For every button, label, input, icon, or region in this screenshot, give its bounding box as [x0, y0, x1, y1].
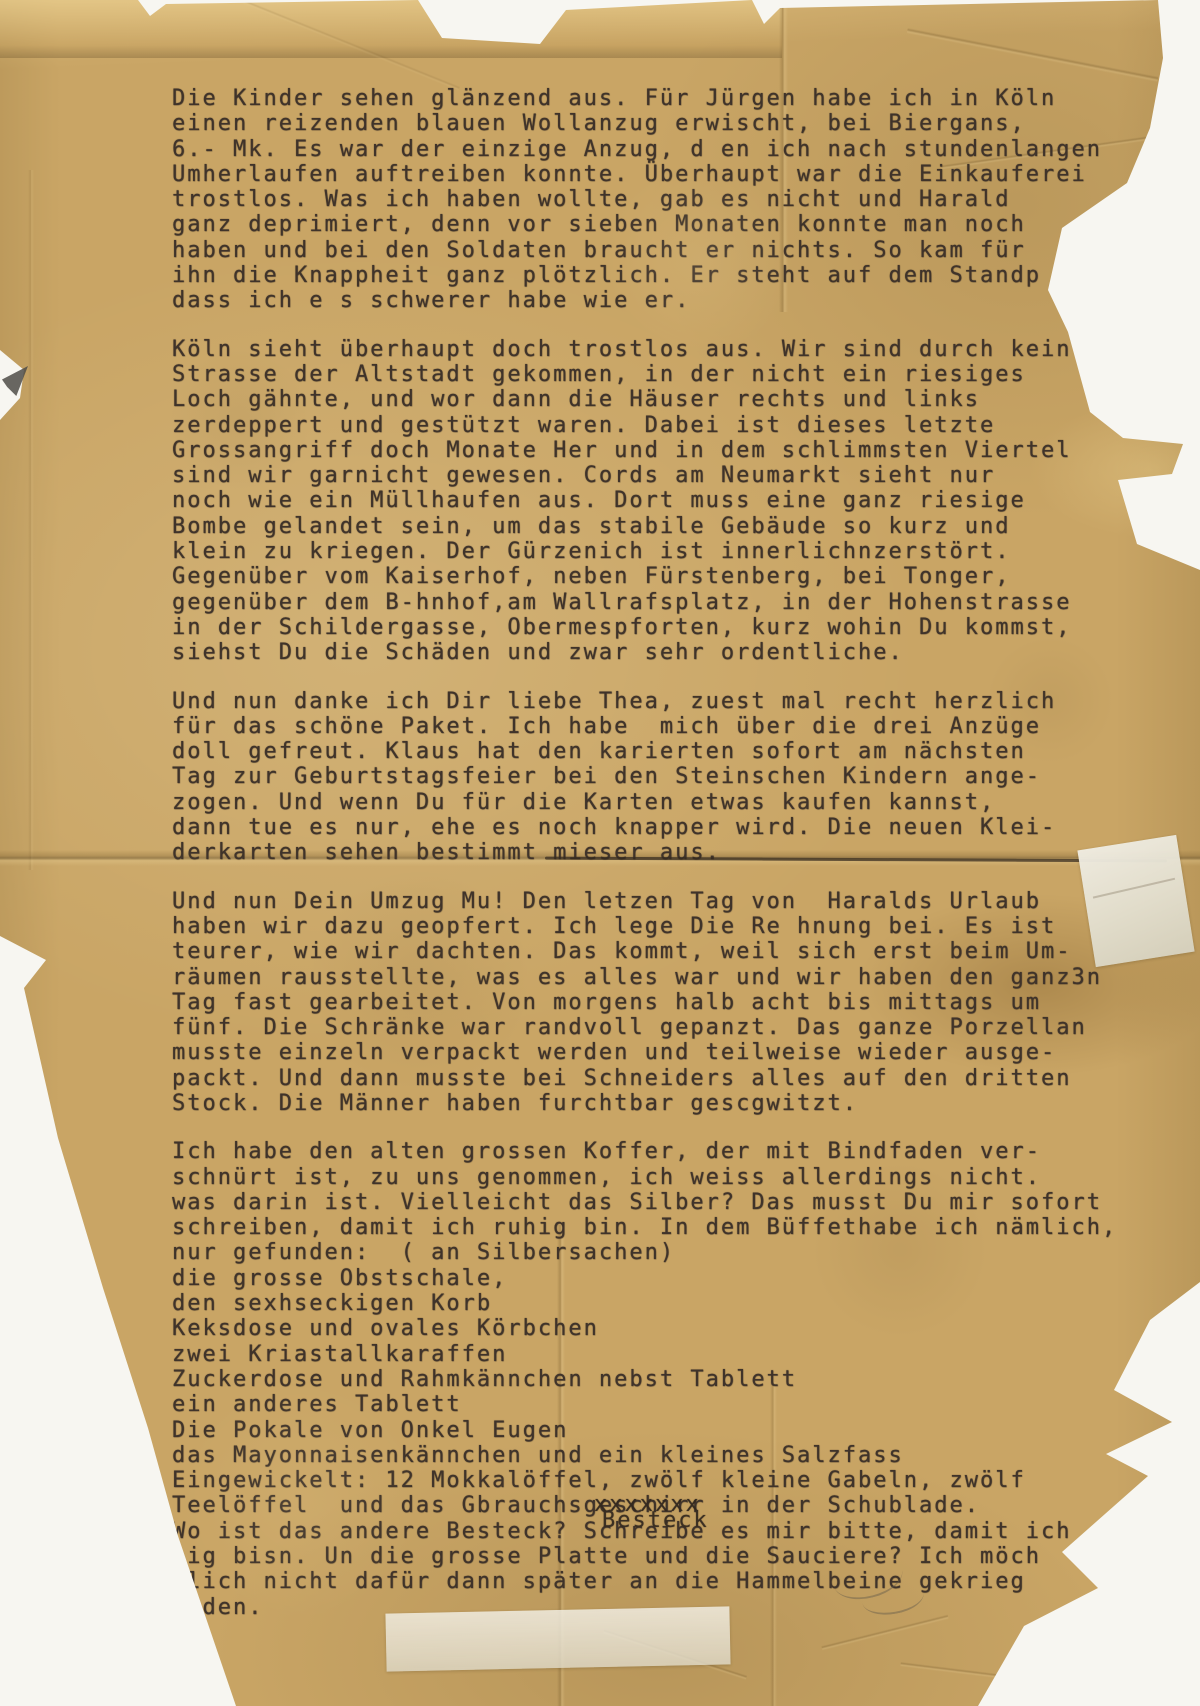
text-line: Umherlaufen auftreiben konnte. Überhaupt…: [172, 162, 1182, 187]
vertical-crease-bottom-1: [557, 1225, 565, 1706]
text-line: räumen rausstellte, was es alles war und…: [172, 965, 1182, 990]
text-line: schreiben, damit ich ruhig bin. In dem B…: [172, 1215, 1182, 1240]
text-line: Tag zur Geburtstagsfeier bei den Steinsc…: [172, 764, 1182, 789]
letter-text: Die Kinder sehen glänzend aus. Für Jürge…: [172, 86, 1182, 1643]
text-line: zogen. Und wenn Du für die Karten etwas …: [172, 790, 1182, 815]
text-line: haben und bei den Soldaten braucht er ni…: [172, 238, 1182, 263]
text-line: Ich habe den alten grossen Koffer, der m…: [172, 1139, 1182, 1164]
vertical-crease-top: [779, 0, 788, 312]
scanned-letter-canvas: Die Kinder sehen glänzend aus. Für Jürge…: [0, 0, 1200, 1706]
pencil-scribble-1: [829, 1550, 907, 1606]
text-line: das Mayonnaisenkännchen und ein kleines …: [172, 1443, 1182, 1468]
text-line: den sexhseckigen Korb: [172, 1291, 1182, 1316]
text-line: die grosse Obstschale,: [172, 1266, 1182, 1291]
text-line: sind wir garnicht gewesen. Cords am Neum…: [172, 463, 1182, 488]
paragraph: Köln sieht überhaupt doch trostlos aus. …: [172, 337, 1182, 666]
text-line: noch wie ein Müllhaufen aus. Dort muss e…: [172, 488, 1182, 513]
crumple-crease-bottom-3: [900, 1662, 1069, 1688]
text-line: Eingewickelt: 12 Mokkalöffel, zwölf klei…: [172, 1468, 1182, 1493]
text-line: Und nun danke ich Dir liebe Thea, zuest …: [172, 689, 1182, 714]
text-line: siehst Du die Schäden und zwar sehr orde…: [172, 640, 1182, 665]
text-line: Zuckerdose und Rahmkännchen nebst Tablet…: [172, 1367, 1182, 1392]
text-line: Keksdose und ovales Körbchen: [172, 1316, 1182, 1341]
text-line: 6.- Mk. Es war der einzige Anzug, d en i…: [172, 137, 1182, 162]
text-line: klein zu kriegen. Der Gürzenich ist inne…: [172, 539, 1182, 564]
text-line: Bombe gelandet sein, um das stabile Gebä…: [172, 514, 1182, 539]
paragraph: Ich habe den alten grossen Koffer, der m…: [172, 1139, 1182, 1620]
text-line: Strasse der Altstadt gekommen, in der ni…: [172, 362, 1182, 387]
diagonal-crease-topright-1: [907, 28, 1158, 83]
text-line: Grossangriff doch Monate Her und in dem …: [172, 438, 1182, 463]
vertical-crease-bottom-2: [770, 1382, 777, 1706]
pencil-scribble-2: [860, 1577, 927, 1619]
text-line: gegenüber dem B-hnhof,am Wallrafsplatz, …: [172, 590, 1182, 615]
diagonal-crease-topright-2: [941, 135, 1155, 170]
paragraph: Und nun danke ich Dir liebe Thea, zuest …: [172, 689, 1182, 866]
text-line: schnürt ist, zu uns genommen, ich weiss …: [172, 1165, 1182, 1190]
text-line: hig bisn. Un die grosse Platte und die S…: [172, 1544, 1182, 1569]
text-line: musste einzeln verpackt werden und teilw…: [172, 1040, 1182, 1065]
text-line: Loch gähnte, und wor dann die Häuser rec…: [172, 387, 1182, 412]
ink-underline: [545, 857, 1167, 863]
text-line: dass ich e s schwerer habe wie er.: [172, 288, 1182, 313]
text-line: für das schöne Paket. Ich habe mich über…: [172, 714, 1182, 739]
text-line: packt. Und dann musste bei Schneiders al…: [172, 1066, 1182, 1091]
crumple-crease-bottom-2: [821, 1614, 948, 1650]
crumple-crease-bottom-1: [603, 1629, 747, 1680]
text-line: teurer, wie wir dachten. Das kommt, weil…: [172, 939, 1182, 964]
text-line: doll gefreut. Klaus hat den karierten so…: [172, 739, 1182, 764]
text-line: erden.: [172, 1595, 1182, 1620]
pencil-scribble-3: [1066, 1639, 1115, 1678]
text-line: nur gefunden: ( an Silbersachen): [172, 1240, 1182, 1265]
top-fold-shading: [0, 0, 782, 58]
text-line: trostlos. Was ich haben wollte, gab es n…: [172, 187, 1182, 212]
text-line: Stock. Die Männer haben furchtbar gescgw…: [172, 1091, 1182, 1116]
text-line: haben wir dazu geopfert. Ich lege Die Re…: [172, 914, 1182, 939]
text-line: was darin ist. Vielleicht das Silber? Da…: [172, 1190, 1182, 1215]
paragraph: Und nun Dein Umzug Mu! Den letzen Tag vo…: [172, 889, 1182, 1117]
text-line: Und nun Dein Umzug Mu! Den letzen Tag vo…: [172, 889, 1182, 914]
vertical-crease-left: [28, 170, 34, 870]
text-line: ihn die Knappheit ganz plötzlich. Er ste…: [172, 263, 1182, 288]
text-line: zwei Kriastallkaraffen: [172, 1342, 1182, 1367]
text-line: Die Kinder sehen glänzend aus. Für Jürge…: [172, 86, 1182, 111]
text-line: fünf. Die Schränke war randvoll gepanzt.…: [172, 1015, 1182, 1040]
text-line: derkarten sehen bestimmt mieser aus.: [172, 840, 1182, 865]
text-line: Tag fast gearbeitet. Von morgens halb ac…: [172, 990, 1182, 1015]
text-line: mlich nicht dafür dann später an die Ham…: [172, 1569, 1182, 1594]
overtype-correction-besteck: Besteck: [602, 1508, 709, 1533]
diagonal-crease-topleft: [180, 0, 460, 91]
text-line: Gegenüber vom Kaiserhof, neben Fürstenbe…: [172, 564, 1182, 589]
text-line: Die Pokale von Onkel Eugen: [172, 1418, 1182, 1443]
text-line: ein anderes Tablett: [172, 1392, 1182, 1417]
text-line: einen reizenden blauen Wollanzug erwisch…: [172, 111, 1182, 136]
paragraph: Die Kinder sehen glänzend aus. Für Jürge…: [172, 86, 1182, 314]
text-line: Köln sieht überhaupt doch trostlos aus. …: [172, 337, 1182, 362]
text-line: zerdeppert und gestützt waren. Dabei ist…: [172, 413, 1182, 438]
torn-paper-sheet: Die Kinder sehen glänzend aus. Für Jürge…: [0, 0, 1200, 1706]
text-line: in der Schildergasse, Obermespforten, ku…: [172, 615, 1182, 640]
text-line: dann tue es nur, ehe es noch knapper wir…: [172, 815, 1182, 840]
text-line: ganz deprimiert, denn vor sieben Monaten…: [172, 212, 1182, 237]
